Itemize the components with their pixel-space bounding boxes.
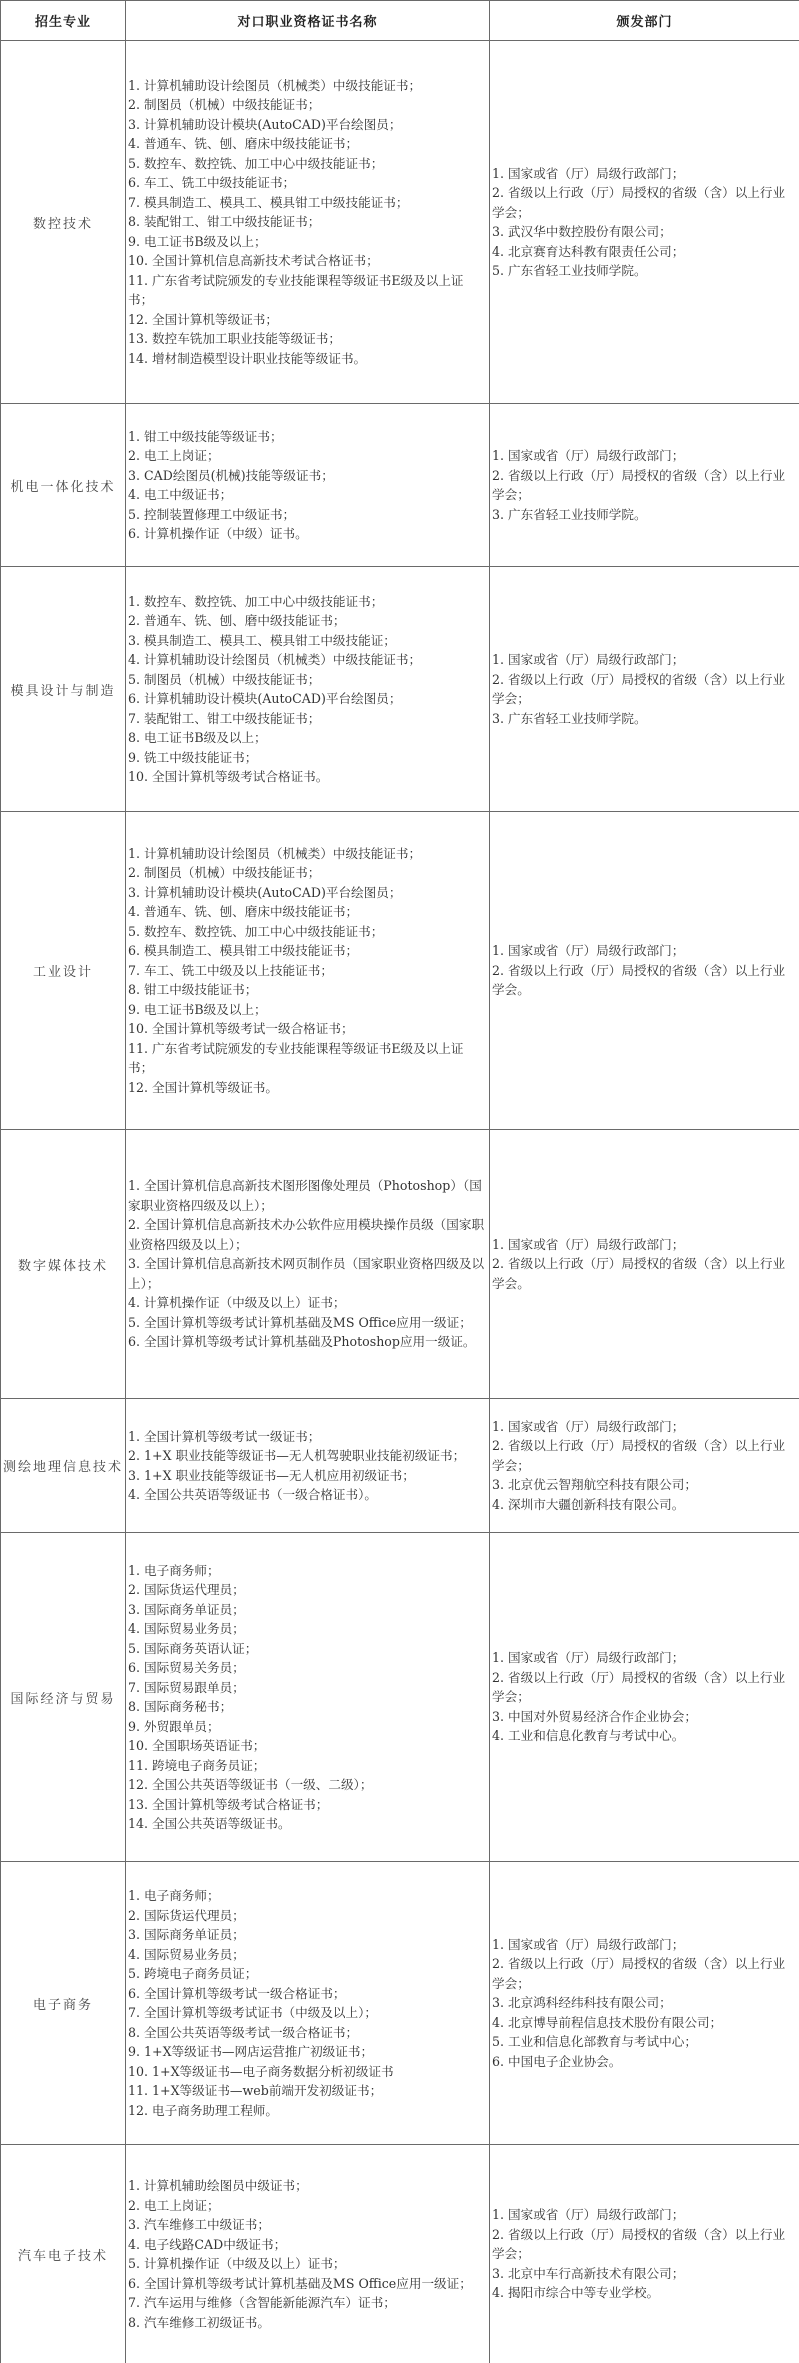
certificate-item: 3. 全国计算机信息高新技术网页制作员（国家职业资格四级及以上）； [128, 1254, 485, 1293]
certificates-cell: 1. 钳工中级技能等级证书；2. 电工上岗证；3. CAD绘图员(机械)技能等级… [126, 404, 490, 567]
certificate-item: 3. 1+X 职业技能等级证书—无人机应用初级证书； [128, 1466, 485, 1486]
issuer-item: 2. 省级以上行政（厅）局授权的省级（含）以上行业学会。 [492, 1254, 795, 1293]
certificate-item: 6. 模具制造工、模具钳工中级技能证书； [128, 941, 485, 961]
certificate-item: 9. 电工证书B级及以上； [128, 1000, 485, 1020]
issuer-item: 1. 国家或省（厅）局级行政部门； [492, 2205, 795, 2225]
certificate-item: 3. 国际商务单证员； [128, 1600, 485, 1620]
certificate-item: 8. 汽车维修工初级证书。 [128, 2313, 485, 2333]
major-cell: 数字媒体技术 [1, 1130, 126, 1399]
certificate-item: 6. 计算机操作证（中级）证书。 [128, 524, 485, 544]
issuer-item: 3. 北京鸿科经纬科技有限公司； [492, 1993, 795, 2013]
certificate-item: 11. 广东省考试院颁发的专业技能课程等级证书E级及以上证书； [128, 271, 485, 310]
issuer-item: 6. 中国电子企业协会。 [492, 2052, 795, 2072]
issuer-item: 2. 省级以上行政（厅）局授权的省级（含）以上行业学会。 [492, 961, 795, 1000]
certificate-item: 2. 国际货运代理员； [128, 1906, 485, 1926]
certificates-cell: 1. 计算机辅助设计绘图员（机械类）中级技能证书；2. 制图员（机械）中级技能证… [126, 812, 490, 1130]
certificate-item: 10. 全国计算机信息高新技术考试合格证书； [128, 251, 485, 271]
certificate-item: 3. 计算机辅助设计模块(AutoCAD)平台绘图员； [128, 883, 485, 903]
header-major: 招生专业 [1, 1, 126, 41]
issuer-item: 3. 北京优云智翔航空科技有限公司； [492, 1475, 795, 1495]
certificate-item: 7. 装配钳工、钳工中级技能证书； [128, 709, 485, 729]
certificate-item: 3. 汽车维修工中级证书； [128, 2215, 485, 2235]
certificate-item: 1. 钳工中级技能等级证书； [128, 427, 485, 447]
issuer-item: 1. 国家或省（厅）局级行政部门； [492, 1648, 795, 1668]
certificate-item: 4. 普通车、铣、刨、磨床中级技能证书； [128, 134, 485, 154]
certificate-item: 11. 1+X等级证书—web前端开发初级证书； [128, 2081, 485, 2101]
certificate-item: 5. 国际商务英语认证； [128, 1639, 485, 1659]
issuers-cell: 1. 国家或省（厅）局级行政部门；2. 省级以上行政（厅）局授权的省级（含）以上… [490, 812, 799, 1130]
table-row: 工业设计1. 计算机辅助设计绘图员（机械类）中级技能证书；2. 制图员（机械）中… [1, 812, 799, 1130]
certificate-item: 8. 电工证书B级及以上； [128, 728, 485, 748]
certificate-item: 2. 制图员（机械）中级技能证书； [128, 863, 485, 883]
major-cell: 工业设计 [1, 812, 126, 1130]
certificate-item: 8. 全国公共英语等级考试一级合格证书； [128, 2023, 485, 2043]
major-cell: 测绘地理信息技术 [1, 1399, 126, 1533]
certificate-item: 9. 电工证书B级及以上； [128, 232, 485, 252]
certificate-item: 8. 钳工中级技能证书； [128, 980, 485, 1000]
certificate-item: 4. 电子线路CAD中级证书； [128, 2235, 485, 2255]
table-row: 电子商务1. 电子商务师；2. 国际货运代理员；3. 国际商务单证员；4. 国际… [1, 1862, 799, 2145]
certificate-item: 8. 国际商务秘书； [128, 1697, 485, 1717]
issuer-item: 2. 省级以上行政（厅）局授权的省级（含）以上行业学会； [492, 1436, 795, 1475]
table-row: 模具设计与制造1. 数控车、数控铣、加工中心中级技能证书；2. 普通车、铣、刨、… [1, 567, 799, 812]
issuer-item: 4. 北京赛育达科教有限责任公司； [492, 242, 795, 262]
certificate-item: 9. 铣工中级技能证书； [128, 748, 485, 768]
issuer-item: 3. 中国对外贸易经济合作企业协会； [492, 1707, 795, 1727]
certificate-item: 9. 外贸跟单员； [128, 1717, 485, 1737]
certificate-item: 2. 普通车、铣、刨、磨中级技能证书； [128, 611, 485, 631]
header-row: 招生专业 对口职业资格证书名称 颁发部门 [1, 1, 799, 41]
table-row: 数控技术1. 计算机辅助设计绘图员（机械类）中级技能证书；2. 制图员（机械）中… [1, 41, 799, 404]
issuer-item: 3. 广东省轻工业技师学院。 [492, 709, 795, 729]
major-cell: 电子商务 [1, 1862, 126, 2145]
certificate-item: 6. 计算机辅助设计模块(AutoCAD)平台绘图员； [128, 689, 485, 709]
issuer-item: 2. 省级以上行政（厅）局授权的省级（含）以上行业学会； [492, 1668, 795, 1707]
certificate-item: 3. 模具制造工、模具工、模具钳工中级技能证； [128, 631, 485, 651]
header-certificate-name: 对口职业资格证书名称 [126, 1, 490, 41]
certificate-item: 9. 1+X等级证书—网店运营推广初级证书； [128, 2042, 485, 2062]
issuer-item: 3. 武汉华中数控股份有限公司； [492, 222, 795, 242]
certificate-item: 5. 全国计算机等级考试计算机基础及MS Office应用一级证； [128, 1313, 485, 1333]
table-row: 机电一体化技术1. 钳工中级技能等级证书；2. 电工上岗证；3. CAD绘图员(… [1, 404, 799, 567]
issuer-item: 2. 省级以上行政（厅）局授权的省级（含）以上行业学会； [492, 670, 795, 709]
certificate-item: 13. 全国计算机等级考试合格证书； [128, 1795, 485, 1815]
certificate-item: 3. 计算机辅助设计模块(AutoCAD)平台绘图员； [128, 115, 485, 135]
certificate-item: 7. 国际贸易跟单员； [128, 1678, 485, 1698]
certificate-item: 6. 全国计算机等级考试计算机基础及Photoshop应用一级证。 [128, 1332, 485, 1352]
issuers-cell: 1. 国家或省（厅）局级行政部门；2. 省级以上行政（厅）局授权的省级（含）以上… [490, 1862, 799, 2145]
major-cell: 机电一体化技术 [1, 404, 126, 567]
certificates-cell: 1. 计算机辅助绘图员中级证书；2. 电工上岗证；3. 汽车维修工中级证书；4.… [126, 2145, 490, 2363]
certificate-item: 6. 车工、铣工中级技能证书； [128, 173, 485, 193]
certificate-item: 4. 普通车、铣、刨、磨床中级技能证书； [128, 902, 485, 922]
issuers-cell: 1. 国家或省（厅）局级行政部门；2. 省级以上行政（厅）局授权的省级（含）以上… [490, 2145, 799, 2363]
issuer-item: 5. 广东省轻工业技师学院。 [492, 261, 795, 281]
table-row: 汽车电子技术1. 计算机辅助绘图员中级证书；2. 电工上岗证；3. 汽车维修工中… [1, 2145, 799, 2363]
certificate-item: 5. 数控车、数控铣、加工中心中级技能证书； [128, 154, 485, 174]
issuer-item: 4. 揭阳市综合中等专业学校。 [492, 2283, 795, 2303]
certificate-item: 1. 计算机辅助设计绘图员（机械类）中级技能证书； [128, 844, 485, 864]
certificate-item: 12. 全国公共英语等级证书（一级、二级）； [128, 1775, 485, 1795]
issuer-item: 4. 工业和信息化教育与考试中心。 [492, 1726, 795, 1746]
certificate-item: 4. 国际贸易业务员； [128, 1945, 485, 1965]
certificate-item: 1. 全国计算机等级考试一级证书； [128, 1427, 485, 1447]
certificates-cell: 1. 计算机辅助设计绘图员（机械类）中级技能证书；2. 制图员（机械）中级技能证… [126, 41, 490, 404]
certificate-item: 1. 数控车、数控铣、加工中心中级技能证书； [128, 592, 485, 612]
issuer-item: 1. 国家或省（厅）局级行政部门； [492, 1417, 795, 1437]
issuer-item: 4. 北京博导前程信息技术股份有限公司； [492, 2013, 795, 2033]
certificate-item: 10. 全国计算机等级考试一级合格证书； [128, 1019, 485, 1039]
certificate-item: 11. 广东省考试院颁发的专业技能课程等级证书E级及以上证书； [128, 1039, 485, 1078]
certificate-item: 7. 模具制造工、模具工、模具钳工中级技能证书； [128, 193, 485, 213]
certificates-cell: 1. 电子商务师；2. 国际货运代理员；3. 国际商务单证员；4. 国际贸易业务… [126, 1533, 490, 1862]
issuer-item: 2. 省级以上行政（厅）局授权的省级（含）以上行业学会； [492, 183, 795, 222]
certificate-item: 3. CAD绘图员(机械)技能等级证书； [128, 466, 485, 486]
certificate-item: 1. 计算机辅助设计绘图员（机械类）中级技能证书； [128, 76, 485, 96]
issuer-item: 3. 北京中车行高新技术有限公司； [492, 2264, 795, 2284]
certificates-cell: 1. 全国计算机信息高新技术图形图像处理员（Photoshop）（国家职业资格四… [126, 1130, 490, 1399]
major-cell: 数控技术 [1, 41, 126, 404]
issuer-item: 1. 国家或省（厅）局级行政部门； [492, 1935, 795, 1955]
issuers-cell: 1. 国家或省（厅）局级行政部门；2. 省级以上行政（厅）局授权的省级（含）以上… [490, 404, 799, 567]
certificate-item: 6. 全国计算机等级考试一级合格证书； [128, 1984, 485, 2004]
certificate-item: 6. 国际贸易关务员； [128, 1658, 485, 1678]
certificate-item: 5. 跨境电子商务员证； [128, 1964, 485, 1984]
certificate-item: 4. 全国公共英语等级证书（一级合格证书）。 [128, 1485, 485, 1505]
certificate-item: 14. 全国公共英语等级证书。 [128, 1814, 485, 1834]
issuer-item: 1. 国家或省（厅）局级行政部门； [492, 650, 795, 670]
major-cell: 国际经济与贸易 [1, 1533, 126, 1862]
table-row: 国际经济与贸易1. 电子商务师；2. 国际货运代理员；3. 国际商务单证员；4.… [1, 1533, 799, 1862]
issuers-cell: 1. 国家或省（厅）局级行政部门；2. 省级以上行政（厅）局授权的省级（含）以上… [490, 1399, 799, 1533]
certificate-item: 1. 电子商务师； [128, 1561, 485, 1581]
certificate-item: 6. 全国计算机等级考试计算机基础及MS Office应用一级证； [128, 2274, 485, 2294]
table-row: 测绘地理信息技术1. 全国计算机等级考试一级证书；2. 1+X 职业技能等级证书… [1, 1399, 799, 1533]
header-issuing-department: 颁发部门 [490, 1, 799, 41]
issuer-item: 2. 省级以上行政（厅）局授权的省级（含）以上行业学会； [492, 1954, 795, 1993]
issuer-item: 1. 国家或省（厅）局级行政部门； [492, 941, 795, 961]
issuer-item: 1. 国家或省（厅）局级行政部门； [492, 1235, 795, 1255]
table-body: 数控技术1. 计算机辅助设计绘图员（机械类）中级技能证书；2. 制图员（机械）中… [1, 41, 799, 2363]
issuer-item: 1. 国家或省（厅）局级行政部门； [492, 164, 795, 184]
certificates-cell: 1. 电子商务师；2. 国际货运代理员；3. 国际商务单证员；4. 国际贸易业务… [126, 1862, 490, 2145]
issuers-cell: 1. 国家或省（厅）局级行政部门；2. 省级以上行政（厅）局授权的省级（含）以上… [490, 1533, 799, 1862]
certificate-item: 10. 1+X等级证书—电子商务数据分析初级证书 [128, 2062, 485, 2082]
issuer-item: 3. 广东省轻工业技师学院。 [492, 505, 795, 525]
certificate-item: 7. 车工、铣工中级及以上技能证书； [128, 961, 485, 981]
issuer-item: 2. 省级以上行政（厅）局授权的省级（含）以上行业学会； [492, 2225, 795, 2264]
certificate-item: 4. 计算机辅助设计绘图员（机械类）中级技能证书； [128, 650, 485, 670]
certificate-item: 10. 全国职场英语证书； [128, 1736, 485, 1756]
certificate-item: 14. 增材制造模型设计职业技能等级证书。 [128, 349, 485, 369]
certificate-item: 5. 制图员（机械）中级技能证书； [128, 670, 485, 690]
certificate-item: 2. 全国计算机信息高新技术办公软件应用模块操作员级（国家职业资格四级及以上）； [128, 1215, 485, 1254]
certificate-item: 12. 电子商务助理工程师。 [128, 2101, 485, 2121]
issuer-item: 1. 国家或省（厅）局级行政部门； [492, 446, 795, 466]
issuer-item: 2. 省级以上行政（厅）局授权的省级（含）以上行业学会； [492, 466, 795, 505]
certificate-item: 3. 国际商务单证员； [128, 1925, 485, 1945]
certificate-item: 2. 电工上岗证； [128, 446, 485, 466]
certificate-item: 2. 电工上岗证； [128, 2196, 485, 2216]
certificate-item: 4. 国际贸易业务员； [128, 1619, 485, 1639]
issuer-item: 4. 深圳市大疆创新科技有限公司。 [492, 1495, 795, 1515]
certificate-item: 4. 电工中级证书； [128, 485, 485, 505]
issuers-cell: 1. 国家或省（厅）局级行政部门；2. 省级以上行政（厅）局授权的省级（含）以上… [490, 567, 799, 812]
major-cell: 模具设计与制造 [1, 567, 126, 812]
certificates-cell: 1. 数控车、数控铣、加工中心中级技能证书；2. 普通车、铣、刨、磨中级技能证书… [126, 567, 490, 812]
certificate-item: 5. 计算机操作证（中级及以上）证书； [128, 2254, 485, 2274]
certificate-item: 12. 全国计算机等级证书； [128, 310, 485, 330]
certificate-item: 5. 数控车、数控铣、加工中心中级技能证书； [128, 922, 485, 942]
table-row: 数字媒体技术1. 全国计算机信息高新技术图形图像处理员（Photoshop）（国… [1, 1130, 799, 1399]
certificate-item: 1. 电子商务师； [128, 1886, 485, 1906]
certificate-item: 8. 装配钳工、钳工中级技能证书； [128, 212, 485, 232]
certificate-item: 1. 全国计算机信息高新技术图形图像处理员（Photoshop）（国家职业资格四… [128, 1176, 485, 1215]
certificate-item: 4. 计算机操作证（中级及以上）证书； [128, 1293, 485, 1313]
certificate-item: 2. 制图员（机械）中级技能证书； [128, 95, 485, 115]
certificate-item: 5. 控制装置修理工中级证书； [128, 505, 485, 525]
certificate-item: 2. 国际货运代理员； [128, 1580, 485, 1600]
certificates-cell: 1. 全国计算机等级考试一级证书；2. 1+X 职业技能等级证书—无人机驾驶职业… [126, 1399, 490, 1533]
certificate-table: 招生专业 对口职业资格证书名称 颁发部门 数控技术1. 计算机辅助设计绘图员（机… [0, 0, 799, 2363]
certificate-item: 7. 汽车运用与维修（含智能新能源汽车）证书； [128, 2293, 485, 2313]
major-cell: 汽车电子技术 [1, 2145, 126, 2363]
certificate-item: 12. 全国计算机等级证书。 [128, 1078, 485, 1098]
certificate-item: 7. 全国计算机等级考试证书（中级及以上）； [128, 2003, 485, 2023]
certificate-item: 2. 1+X 职业技能等级证书—无人机驾驶职业技能初级证书； [128, 1446, 485, 1466]
certificate-item: 1. 计算机辅助绘图员中级证书； [128, 2176, 485, 2196]
issuers-cell: 1. 国家或省（厅）局级行政部门；2. 省级以上行政（厅）局授权的省级（含）以上… [490, 41, 799, 404]
issuer-item: 5. 工业和信息化部教育与考试中心； [492, 2032, 795, 2052]
certificate-item: 10. 全国计算机等级考试合格证书。 [128, 767, 485, 787]
issuers-cell: 1. 国家或省（厅）局级行政部门；2. 省级以上行政（厅）局授权的省级（含）以上… [490, 1130, 799, 1399]
certificate-item: 11. 跨境电子商务员证； [128, 1756, 485, 1776]
certificate-item: 13. 数控车铣加工职业技能等级证书； [128, 329, 485, 349]
